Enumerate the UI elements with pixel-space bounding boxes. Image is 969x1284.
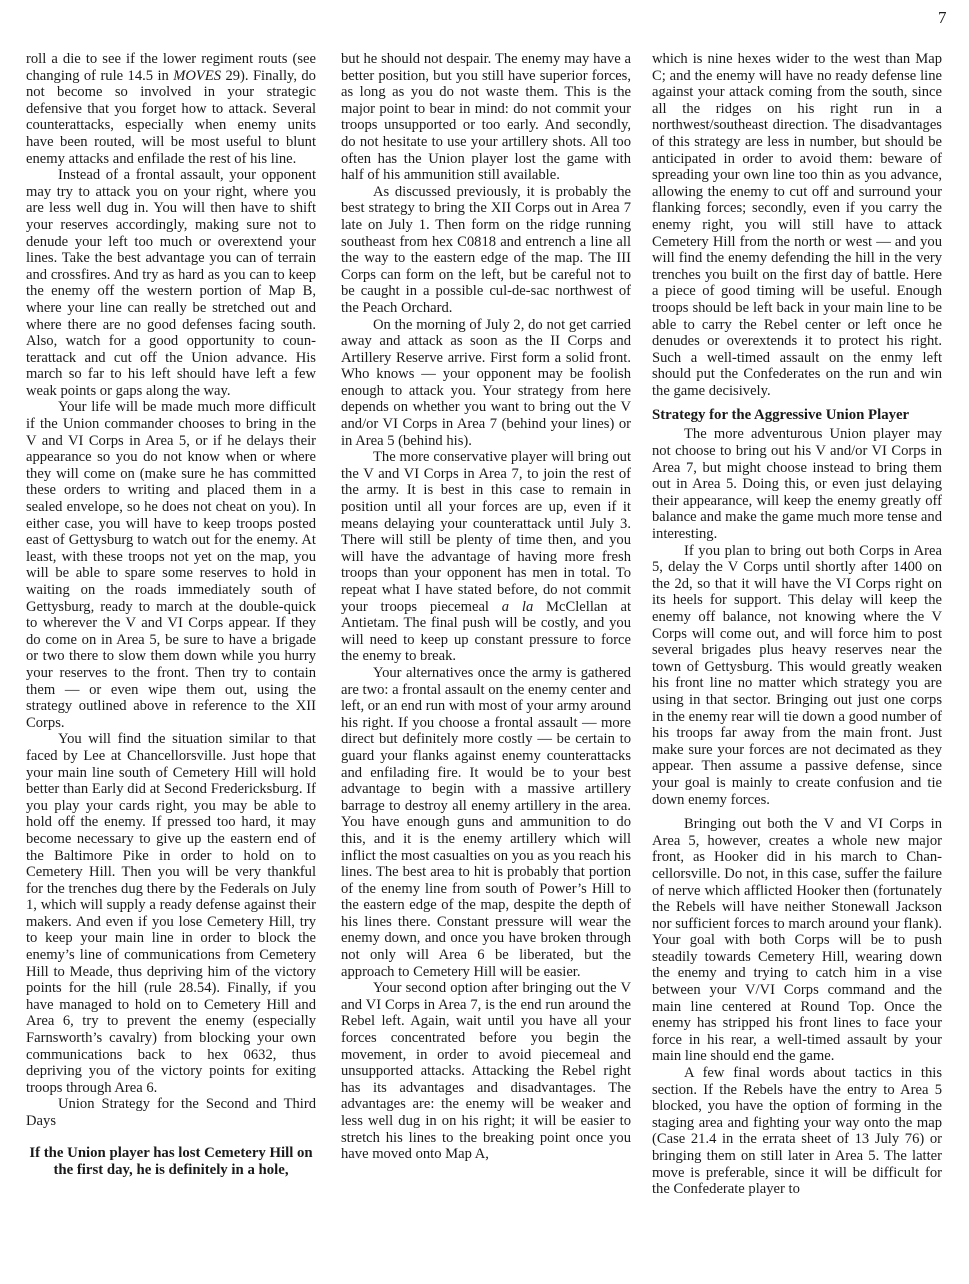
- paragraph: A few final words about tactics in this …: [652, 1065, 942, 1198]
- paragraph: As discussed previously, it is probably …: [341, 184, 631, 317]
- paragraph: If you plan to bring out both Corps in A…: [652, 543, 942, 809]
- paragraph: Your life will be made much more diffi­c…: [26, 399, 316, 731]
- paragraph: Your second option after bringing out th…: [341, 980, 631, 1163]
- paragraph: On the morning of July 2, do not get car…: [341, 317, 631, 450]
- paragraph: Bringing out both the V and VI Corps in …: [652, 816, 942, 1065]
- paragraph: The more conservative player will bring …: [341, 449, 631, 665]
- italic-phrase: a la: [502, 599, 533, 615]
- paragraph: Union Strategy for the Second and Third …: [26, 1096, 316, 1129]
- text-column-1: roll a die to see if the lower regiment …: [26, 51, 316, 1183]
- text-column-3: which is nine hexes wider to the west th…: [652, 51, 942, 1198]
- paragraph: which is nine hexes wider to the west th…: [652, 51, 942, 399]
- paragraph: but he should not despair. The enemy may…: [341, 51, 631, 184]
- paragraph-text: The more conservative player will bring …: [341, 449, 631, 614]
- section-heading: If the Union player has lost Cemetery Hi…: [26, 1145, 316, 1179]
- publication-title: MOVES: [173, 68, 221, 84]
- paragraph: The more adventurous Union player may no…: [652, 426, 942, 542]
- paragraph: roll a die to see if the lower regiment …: [26, 51, 316, 167]
- text-column-2: but he should not despair. The enemy may…: [341, 51, 631, 1163]
- paragraph: Your alternatives once the army is gath­…: [341, 665, 631, 980]
- section-heading: Strategy for the Aggressive Union Player: [652, 407, 942, 424]
- paragraph-spacer: [652, 808, 942, 816]
- page-number: 7: [938, 8, 947, 28]
- paragraph: You will find the situation similar to t…: [26, 731, 316, 1096]
- paragraph: Instead of a frontal assault, your oppo­…: [26, 167, 316, 399]
